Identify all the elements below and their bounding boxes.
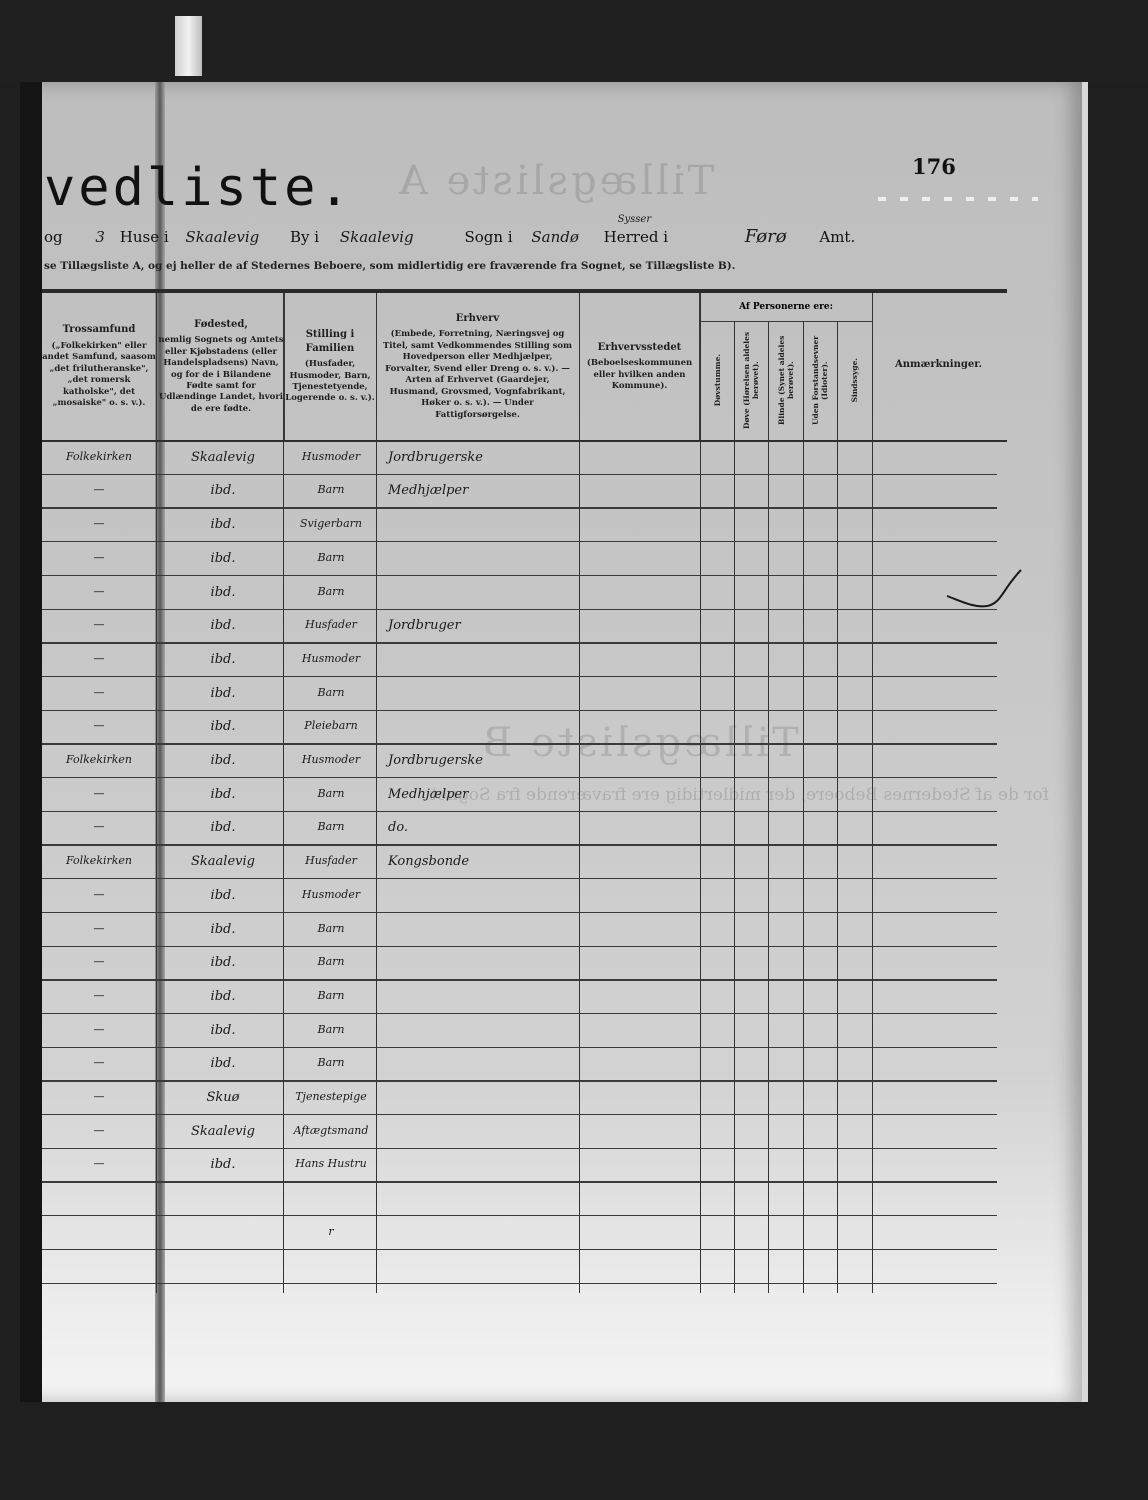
page-title: vedliste. [44, 158, 353, 218]
cell-fodested: ibd. [165, 551, 281, 566]
amt-label: Amt. [819, 228, 855, 246]
row-rule [42, 1283, 997, 1284]
header-dovstumme: Døvstumme. [700, 321, 735, 440]
row-rule [42, 1047, 997, 1048]
cell-stilling: Hans Hustru [286, 1157, 376, 1170]
col-divider [700, 293, 701, 1293]
header-dove-label: Døve (Hørelsen aldeles berøvet). [742, 321, 760, 440]
header-anmaerkninger-title: Anmærkninger. [895, 358, 982, 372]
header-erhverv-sub: (Embede, Forretning, Næringsvej og Titel… [380, 329, 575, 421]
cell-stilling: Barn [286, 787, 376, 800]
row-rule [42, 642, 997, 643]
row-rule [42, 946, 997, 947]
row-rule [42, 743, 997, 744]
cell-stilling: Svigerbarn [286, 517, 376, 530]
cell-trossamfund: — [44, 820, 154, 833]
cell-fodested: Skaalevig [165, 1124, 281, 1139]
sogn-label: Sogn i [464, 228, 512, 246]
sogn-value: Sandø [531, 228, 579, 246]
cell-erhverv: Kongsbonde [388, 854, 469, 869]
by-value: Skaalevig [340, 228, 414, 246]
cell-trossamfund: — [44, 922, 154, 935]
cell-stilling: Pleiebarn [286, 719, 376, 732]
header-dove: Døve (Hørelsen aldeles berøvet). [734, 321, 769, 440]
row-rule [42, 1013, 997, 1014]
row-rule [42, 575, 997, 576]
row-rule [42, 1249, 997, 1250]
header-trossamfund-title: Trossamfund [63, 323, 136, 337]
cell-fodested: ibd. [165, 686, 281, 701]
location-prefix: og [44, 228, 63, 246]
header-bottom-rule [42, 440, 1007, 442]
row-rule [42, 777, 997, 778]
cell-fodested: ibd. [165, 1056, 281, 1071]
cell-trossamfund: — [44, 719, 154, 732]
cell-fodested: ibd. [165, 820, 281, 835]
cell-stilling: Husfader [286, 854, 376, 867]
cell-trossamfund: — [44, 551, 154, 564]
cell-fodested: ibd. [165, 989, 281, 1004]
cell-stilling: Barn [286, 585, 376, 598]
cell-fodested: Skaalevig [165, 854, 281, 869]
header-trossamfund: Trossamfund („Folkekirken" eller andet S… [42, 293, 157, 440]
col-divider [283, 293, 284, 1293]
row-rule [42, 979, 997, 980]
header-sindssyge: Sindssyge. [837, 321, 873, 440]
cell-trossamfund: — [44, 1056, 154, 1069]
header-stilling: Stilling i Familien (Husfader, Husmoder,… [284, 293, 377, 440]
herred-field: Sysser Herred i [604, 228, 673, 246]
cell-trossamfund: — [44, 483, 154, 496]
header-sindssyge-label: Sindssyge. [850, 358, 859, 402]
cell-stilling: Husmoder [286, 450, 376, 463]
cell-fodested: ibd. [165, 787, 281, 802]
header-trossamfund-sub: („Folkekirken" eller andet Samfund, saas… [42, 341, 156, 410]
pencil-bracket-mark [945, 568, 1023, 612]
header-blinde-label: Blinde (Synet aldeles berøvet). [777, 321, 795, 440]
header-erhvervsstedet: Erhvervsstedet (Beboelseskommunen eller … [580, 293, 700, 440]
row-rule [42, 474, 997, 475]
cell-trossamfund: — [44, 585, 154, 598]
cell-trossamfund: — [44, 652, 154, 665]
cell-fodested: ibd. [165, 719, 281, 734]
by-label: By i [290, 228, 319, 246]
cell-stilling: r [286, 1225, 376, 1238]
row-rule [42, 676, 997, 677]
row-rule [42, 811, 997, 812]
header-fodested-title: Fødested, [194, 318, 248, 332]
bleedthrough-title-a: Tillægsliste A [396, 158, 714, 204]
row-rule [42, 1080, 997, 1081]
herred-correction: Sysser [618, 214, 651, 225]
amt-value: Førø [745, 226, 787, 247]
col-divider [156, 293, 157, 1293]
cell-trossamfund: — [44, 1023, 154, 1036]
col-divider [579, 293, 580, 1293]
herred-label: Herred i [604, 228, 668, 246]
cell-erhverv: Jordbrugerske [388, 753, 483, 768]
cell-stilling: Barn [286, 551, 376, 564]
cell-fodested: ibd. [165, 1157, 281, 1172]
cell-stilling: Barn [286, 686, 376, 699]
cell-stilling: Husmoder [286, 753, 376, 766]
header-stilling-title: Stilling i Familien [284, 328, 376, 355]
cell-fodested: ibd. [165, 1023, 281, 1038]
cell-trossamfund: — [44, 618, 154, 631]
cell-stilling: Barn [286, 820, 376, 833]
row-rule [42, 507, 997, 508]
house-count: 3 [95, 228, 105, 246]
cell-trossamfund: Folkekirken [44, 753, 154, 766]
cell-trossamfund: — [44, 1124, 154, 1137]
row-rule [42, 878, 997, 879]
cell-trossamfund: — [44, 686, 154, 699]
cell-fodested: ibd. [165, 922, 281, 937]
header-erhvervsstedet-sub: (Beboelseskommunen eller hvilken anden K… [586, 358, 693, 392]
row-rule [42, 1114, 997, 1115]
row-rule [42, 844, 997, 845]
header-erhverv: Erhverv (Embede, Forretning, Næringsvej … [376, 293, 580, 440]
cell-erhverv: Jordbrugerske [388, 450, 483, 465]
header-uden-forstandsevner-label: Uden Forstandsevner (Idioter). [811, 321, 829, 440]
cell-stilling: Barn [286, 922, 376, 935]
huse-label: Huse i [120, 228, 169, 246]
header-af-personerne: Af Personerne ere: [700, 293, 872, 322]
header-blinde: Blinde (Synet aldeles berøvet). [768, 321, 804, 440]
header-anmaerkninger: Anmærkninger. [872, 293, 1005, 440]
row-rule [42, 1181, 997, 1182]
cell-trossamfund: Folkekirken [44, 450, 154, 463]
row-rule [42, 1215, 997, 1216]
cell-fodested: ibd. [165, 888, 281, 903]
cell-fodested: Skuø [165, 1090, 281, 1105]
cell-stilling: Husmoder [286, 888, 376, 901]
cell-erhverv: do. [388, 820, 408, 835]
cell-erhverv: Jordbruger [388, 618, 461, 633]
cell-trossamfund: — [44, 888, 154, 901]
cell-trossamfund: — [44, 955, 154, 968]
col-divider [376, 293, 377, 1293]
film-scratch [878, 197, 1038, 201]
cell-erhverv: Medhjælper [388, 787, 468, 802]
header-fodested-sub: nemlig Sognets og Amtets eller Kjøbstade… [158, 335, 284, 415]
location-line: og 3 Huse i Skaalevig By i Skaalevig Sog… [44, 226, 855, 247]
header-erhvervsstedet-title: Erhvervsstedet [598, 341, 682, 355]
header-stilling-sub: (Husfader, Husmoder, Barn, Tjenestetyend… [284, 359, 376, 405]
header-fodested: Fødested, nemlig Sognets og Amtets eller… [158, 293, 285, 440]
row-rule [42, 710, 997, 711]
cell-fodested: ibd. [165, 753, 281, 768]
header-dovstumme-label: Døvstumme. [713, 354, 722, 406]
cell-erhverv: Medhjælper [388, 483, 468, 498]
header-uden-forstandsevner: Uden Forstandsevner (Idioter). [803, 321, 838, 440]
cell-fodested: ibd. [165, 517, 281, 532]
page-number: 176 [912, 154, 956, 179]
previous-page-edge [20, 82, 42, 1402]
cell-stilling: Barn [286, 483, 376, 496]
cell-stilling: Barn [286, 989, 376, 1002]
microfilm-border-top [0, 0, 1148, 82]
cell-stilling: Tjenestepige [286, 1090, 376, 1103]
cell-trossamfund: — [44, 1090, 154, 1103]
cell-stilling: Barn [286, 1023, 376, 1036]
cell-trossamfund: — [44, 517, 154, 530]
cell-trossamfund: Folkekirken [44, 854, 154, 867]
row-rule [42, 609, 997, 610]
page-tab-marker [175, 16, 202, 76]
col-divider [872, 293, 873, 1293]
cell-stilling: Husmoder [286, 652, 376, 665]
cell-fodested: ibd. [165, 585, 281, 600]
cell-fodested: ibd. [165, 955, 281, 970]
cell-stilling: Husfader [286, 618, 376, 631]
cell-fodested: ibd. [165, 483, 281, 498]
cell-trossamfund: — [44, 989, 154, 1002]
row-rule [42, 912, 997, 913]
cell-stilling: Barn [286, 955, 376, 968]
cell-fodested: ibd. [165, 652, 281, 667]
place-value: Skaalevig [185, 228, 259, 246]
instruction-line: se Tillægsliste A, og ej heller de af St… [44, 260, 735, 272]
cell-trossamfund: — [44, 787, 154, 800]
row-rule [42, 541, 997, 542]
row-rule [42, 1148, 997, 1149]
cell-stilling: Barn [286, 1056, 376, 1069]
header-erhverv-title: Erhverv [456, 312, 499, 326]
cell-trossamfund: — [44, 1157, 154, 1170]
cell-fodested: Skaalevig [165, 450, 281, 465]
cell-stilling: Aftægtsmand [286, 1124, 376, 1137]
cell-fodested: ibd. [165, 618, 281, 633]
